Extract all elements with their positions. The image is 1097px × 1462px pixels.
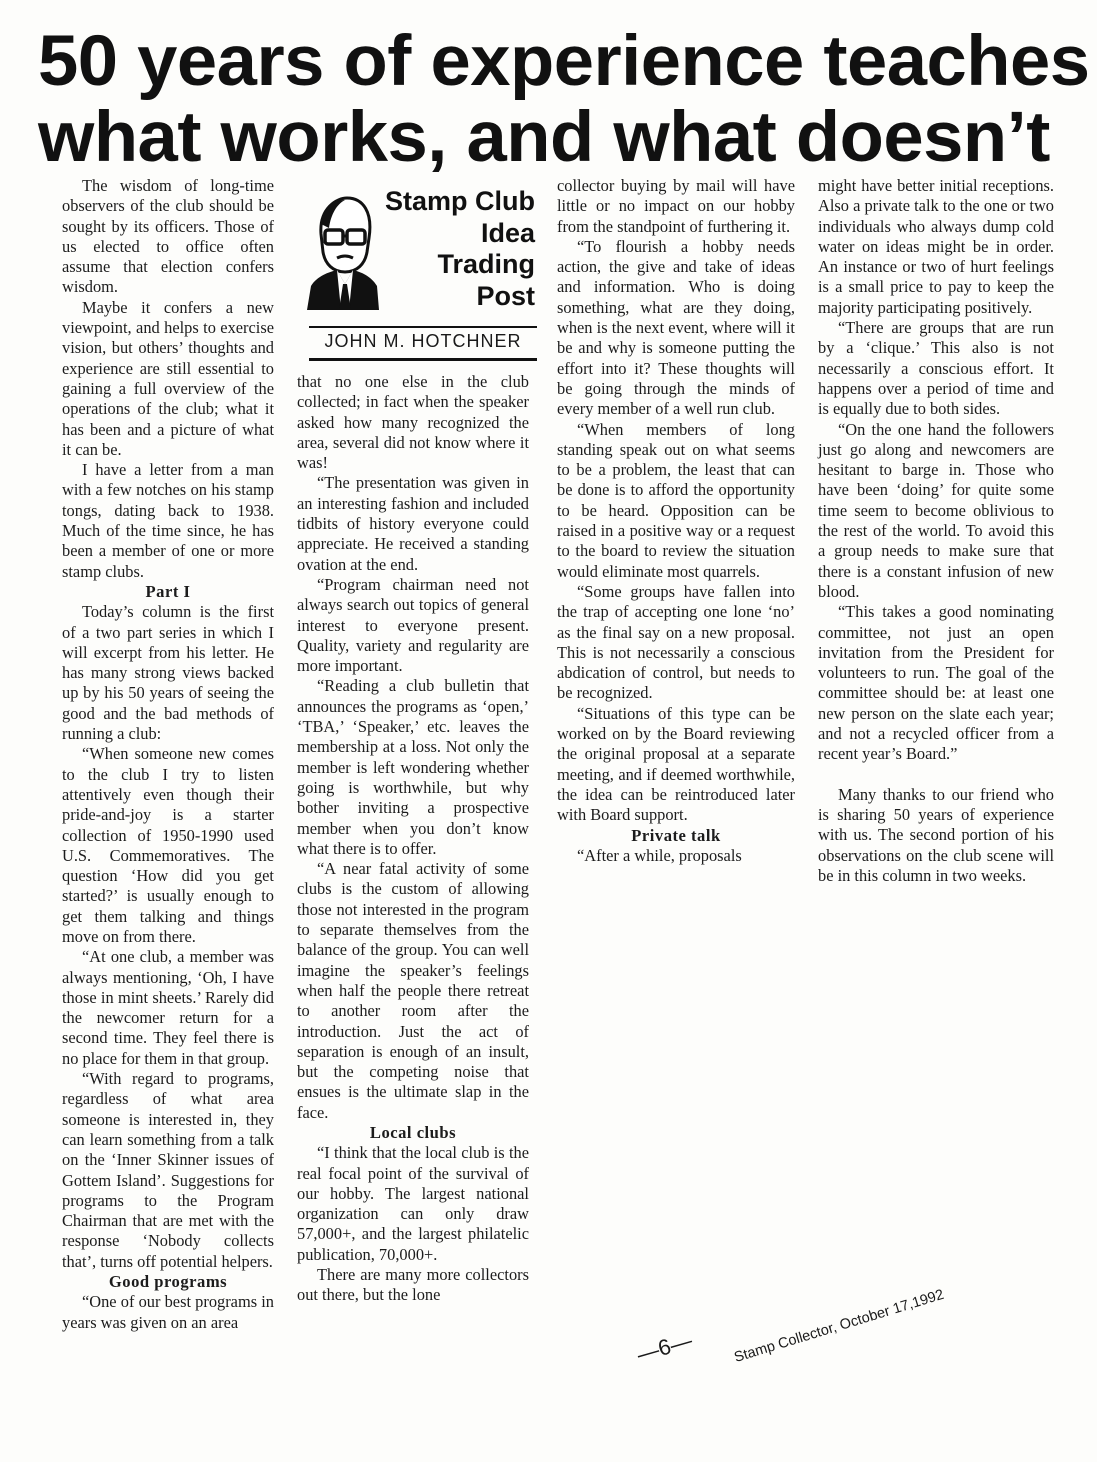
- paragraph: “Situations of this type can be worked o…: [557, 704, 795, 826]
- paragraph: “To flourish a hobby needs action, the g…: [557, 237, 795, 420]
- article-column-1: The wisdom of long-time observers of the…: [62, 176, 274, 1333]
- section-heading: Part I: [62, 582, 274, 602]
- column-logo: Stamp Club Idea Trading Post JOHN M. HOT…: [297, 186, 537, 358]
- headline: 50 years of experience teaches what work…: [38, 24, 1097, 176]
- section-heading: Private talk: [557, 826, 795, 846]
- paragraph: “There are groups that are run by a ‘cli…: [818, 318, 1054, 419]
- column-title: Stamp Club Idea Trading Post: [385, 186, 535, 312]
- paragraph: The wisdom of long-time observers of the…: [62, 176, 274, 298]
- paragraph: “After a while, proposals: [557, 846, 795, 866]
- paragraph: “I think that the local club is the real…: [297, 1143, 529, 1265]
- spacer: [818, 765, 1054, 785]
- paragraph: “Program chairman need not always search…: [297, 575, 529, 676]
- paragraph: Today’s column is the first of a two par…: [62, 602, 274, 744]
- title-line: Trading: [385, 249, 535, 281]
- paragraph: Many thanks to our friend who is sharing…: [818, 785, 1054, 886]
- paragraph: “With regard to programs, regardless of …: [62, 1069, 274, 1272]
- paragraph: There are many more collectors out there…: [297, 1265, 529, 1306]
- article-column-3: collector buying by mail will have littl…: [557, 176, 795, 866]
- title-line: Idea: [385, 218, 535, 250]
- divider: [309, 358, 537, 361]
- paragraph: “When members of long standing speak out…: [557, 420, 795, 582]
- paragraph: “Some groups have fallen into the trap o…: [557, 582, 795, 704]
- paragraph: “The presentation was given in an intere…: [297, 473, 529, 574]
- title-line: Post: [385, 281, 535, 313]
- paragraph: that no one else in the club collected; …: [297, 372, 529, 473]
- paragraph: might have better initial receptions. Al…: [818, 176, 1054, 318]
- article-column-2: that no one else in the club collected; …: [297, 372, 529, 1306]
- paragraph: “Reading a club bulletin that announces …: [297, 676, 529, 859]
- publication-dateline: Stamp Collector, October 17,1992: [732, 1287, 946, 1366]
- paragraph: “A near fatal activity of some clubs is …: [297, 859, 529, 1123]
- divider: [309, 326, 537, 328]
- page-number: —6—: [634, 1327, 695, 1367]
- paragraph: “One of our best programs in years was g…: [62, 1292, 274, 1333]
- paragraph: “On the one hand the followers just go a…: [818, 420, 1054, 603]
- section-heading: Good programs: [62, 1272, 274, 1292]
- paragraph: “When someone new comes to the club I tr…: [62, 744, 274, 947]
- paragraph: “This takes a good nominating committee,…: [818, 602, 1054, 764]
- article-column-4: might have better initial receptions. Al…: [818, 176, 1054, 886]
- portrait-icon: [307, 194, 379, 310]
- paragraph: collector buying by mail will have littl…: [557, 176, 795, 237]
- author-byline: JOHN M. HOTCHNER: [309, 330, 537, 352]
- paragraph: “At one club, a member was always mentio…: [62, 947, 274, 1069]
- section-heading: Local clubs: [297, 1123, 529, 1143]
- paragraph: Maybe it confers a new viewpoint, and he…: [62, 298, 274, 460]
- paragraph: I have a letter from a man with a few no…: [62, 460, 274, 582]
- title-line: Stamp Club: [385, 186, 535, 218]
